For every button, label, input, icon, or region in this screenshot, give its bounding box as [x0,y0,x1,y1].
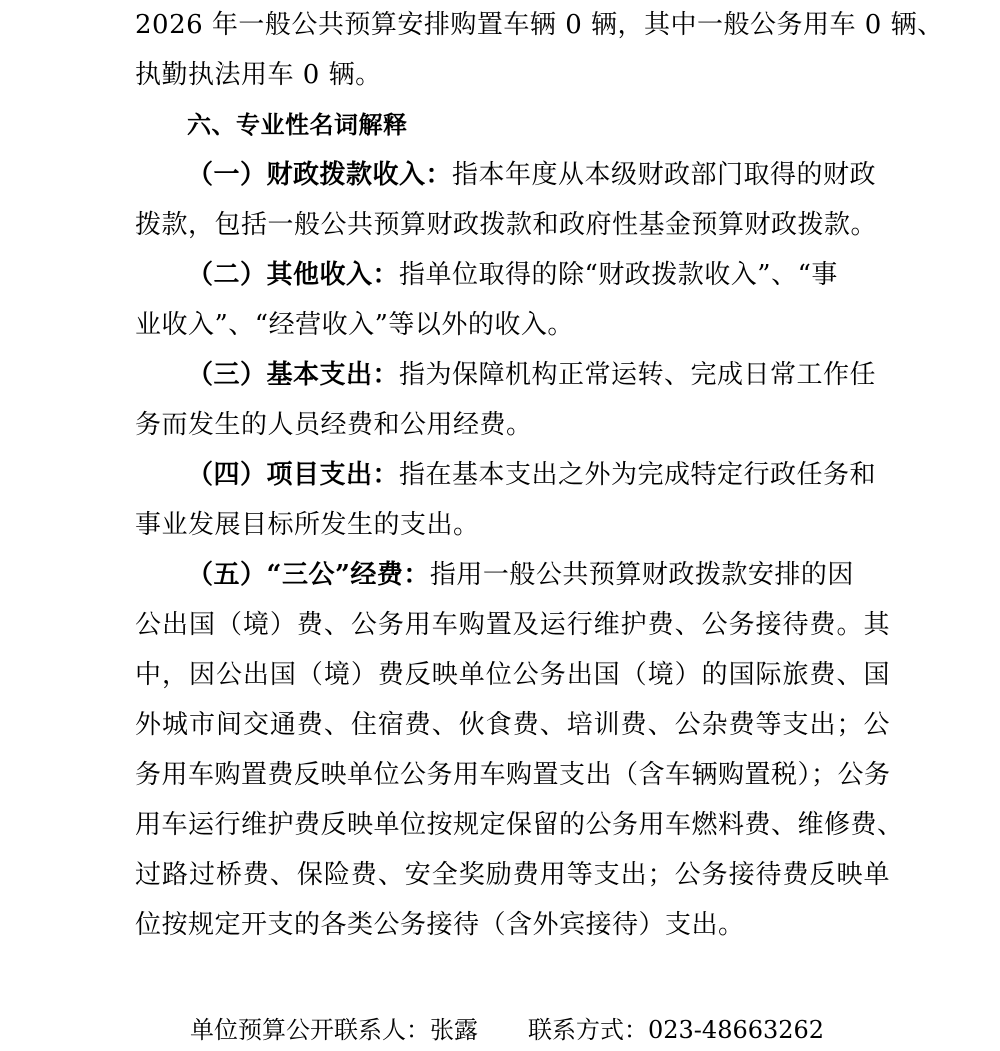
term-basic-expenditure: （三）基本支出：指为保障机构正常运转、完成日常工作任 [187,350,876,400]
contact-name: 张露 [430,1016,478,1044]
term-definition: 指单位取得的除“财政拨款收入”、“事 [399,260,838,290]
term-definition-continued: 务而发生的人员经费和公用经费。 [135,400,533,450]
term-definition-continued: 务用车购置费反映单位公务用车购置支出（含车辆购置税）；公务 [135,750,890,800]
term-definition-continued: 公出国（境）费、公务用车购置及运行维护费、公务接待费。其 [135,600,890,650]
section-heading-terminology: 六、专业性名词解释 [187,100,408,150]
phone-number: 023-48663262 [648,1016,824,1044]
term-definition: 指为保障机构正常运转、完成日常工作任 [399,360,876,390]
vehicle-paragraph-line-2: 执勤执法用车 0 辆。 [135,50,382,100]
term-label: （一）财政拨款收入： [187,160,452,190]
term-definition-continued: 用车运行维护费反映单位按规定保留的公务用车燃料费、维修费、 [135,800,890,850]
term-label: （四）项目支出： [187,460,399,490]
term-fiscal-appropriation-income: （一）财政拨款收入：指本年度从本级财政部门取得的财政 [187,150,876,200]
term-definition-continued: 位按规定开支的各类公务接待（含外宾接待）支出。 [135,900,745,950]
term-project-expenditure: （四）项目支出：指在基本支出之外为完成特定行政任务和 [187,450,876,500]
term-definition-continued: 事业发展目标所发生的支出。 [135,500,480,550]
term-other-income: （二）其他收入：指单位取得的除“财政拨款收入”、“事 [187,250,838,300]
term-definition: 指用一般公共预算财政拨款安排的因 [430,560,854,590]
term-definition-continued: 过路过桥费、保险费、安全奖励费用等支出；公务接待费反映单 [135,850,890,900]
term-definition-continued: 中，因公出国（境）费反映单位公务出国（境）的国际旅费、国 [135,650,890,700]
term-definition: 指本年度从本级财政部门取得的财政 [452,160,876,190]
contact-footer: 单位预算公开联系人：张露联系方式：023-48663262 [190,1005,824,1051]
term-label: （五）“三公”经费： [187,560,430,590]
term-definition: 指在基本支出之外为完成特定行政任务和 [399,460,876,490]
contact-label: 单位预算公开联系人： [190,1016,430,1044]
term-label: （三）基本支出： [187,360,399,390]
term-definition-continued: 业收入”、“经营收入”等以外的收入。 [135,300,574,350]
term-label: （二）其他收入： [187,260,399,290]
term-three-public-expenses: （五）“三公”经费：指用一般公共预算财政拨款安排的因 [187,550,854,600]
vehicle-paragraph-line-1: 2026 年一般公共预算安排购置车辆 0 辆，其中一般公务用车 0 辆、 [135,0,890,50]
term-definition-continued: 外城市间交通费、住宿费、伙食费、培训费、公杂费等支出；公 [135,700,890,750]
term-definition-continued: 拨款，包括一般公共预算财政拨款和政府性基金预算财政拨款。 [135,200,877,250]
phone-label: 联系方式： [528,1016,648,1044]
